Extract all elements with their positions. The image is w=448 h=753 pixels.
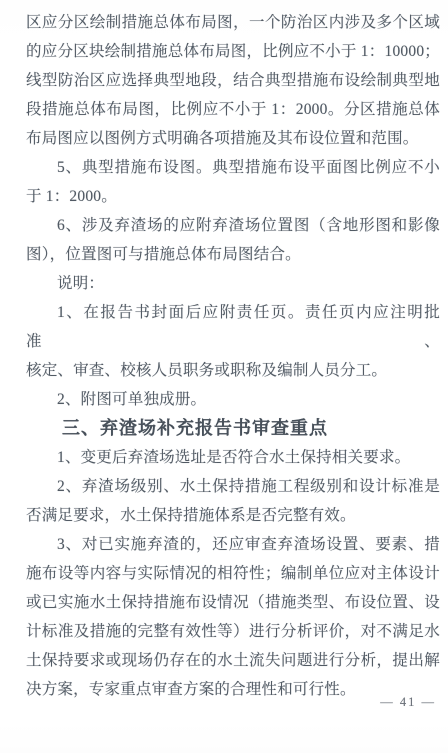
text-line: 于 1：2000。	[26, 182, 440, 211]
text-line: 1、在报告书封面后应附责任页。责任页内应注明批准、	[26, 298, 440, 356]
text-line: 图），位置图可与措施总体布局图结合。	[26, 240, 440, 269]
text-line: 1、变更后弃渣场选址是否符合水土保持相关要求。	[26, 443, 440, 472]
text-line: 决方案，专家重点审查方案的合理性和可行性。	[26, 675, 440, 704]
text-line: 说明：	[26, 269, 440, 298]
document-body: 区应分区绘制措施总体布局图，一个防治区内涉及多个区域的应分区块绘制措施总体布局图…	[26, 8, 440, 704]
text-line: 5、典型措施布设图。典型措施布设平面图比例应不小	[26, 153, 440, 182]
section-heading: 三、弃渣场补充报告书审查重点	[26, 414, 440, 443]
page-number: — 41 —	[380, 695, 436, 710]
text-line: 核定、审查、校核人员职务或职称及编制人员分工。	[26, 356, 440, 385]
text-line: 或已实施水土保持措施布设情况（措施类型、布设位置、设	[26, 588, 440, 617]
text-line: 段措施总体布局图，比例应不小于 1：2000。分区措施总体	[26, 95, 440, 124]
text-line: 3、对已实施弃渣的，还应审查弃渣场设置、要素、措	[26, 530, 440, 559]
text-line: 2、附图可单独成册。	[26, 385, 440, 414]
text-line: 的应分区块绘制措施总体布局图，比例应不小于 1：10000；	[26, 37, 440, 66]
text-line: 线型防治区应选择典型地段，结合典型措施布设绘制典型地	[26, 66, 440, 95]
text-line: 施布设等内容与实际情况的相符性；编制单位应对主体设计	[26, 559, 440, 588]
document-page: 区应分区绘制措施总体布局图，一个防治区内涉及多个区域的应分区块绘制措施总体布局图…	[0, 0, 448, 753]
text-line: 区应分区绘制措施总体布局图，一个防治区内涉及多个区域	[26, 8, 440, 37]
text-line: 计标准及措施的完整有效性等）进行分析评价，对不满足水	[26, 617, 440, 646]
text-line: 布局图应以图例方式明确各项措施及其布设位置和范围。	[26, 124, 440, 153]
text-line: 否满足要求，水土保持措施体系是否完整有效。	[26, 501, 440, 530]
text-line: 6、涉及弃渣场的应附弃渣场位置图（含地形图和影像	[26, 211, 440, 240]
text-line: 土保持要求或现场仍存在的水土流失问题进行分析，提出解	[26, 646, 440, 675]
text-line: 2、弃渣场级别、水土保持措施工程级别和设计标准是	[26, 472, 440, 501]
